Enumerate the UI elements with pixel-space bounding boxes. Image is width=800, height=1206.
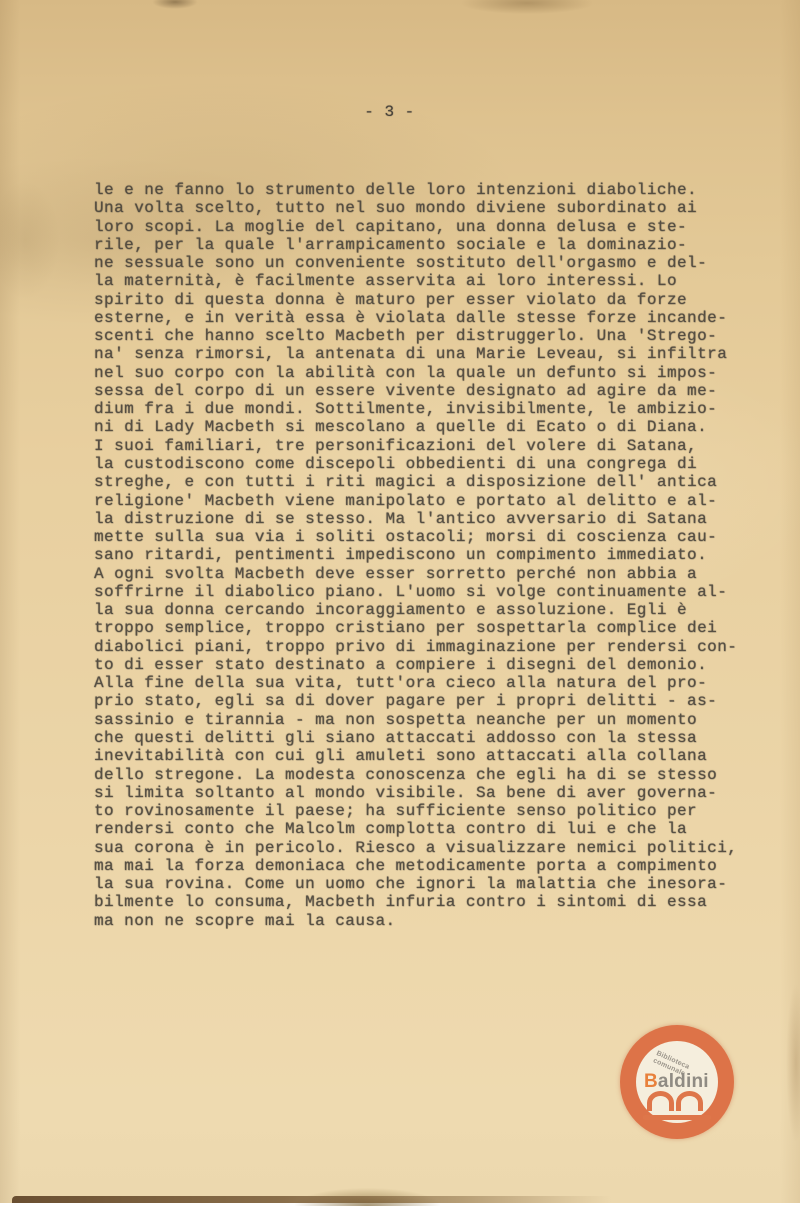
text-line: sassinio e tirannia - ma non sospetta ne… [94, 711, 754, 729]
page-number: - 3 - [0, 103, 779, 121]
text-line: dello stregone. La modesta conoscenza ch… [94, 766, 754, 784]
text-line: ne sessuale sono un conveniente sostitut… [94, 254, 754, 272]
text-line: sano ritardi, pentimenti impediscono un … [94, 546, 754, 564]
text-line: to rovinosamente il paese; ha sufficient… [94, 802, 754, 820]
text-line: A ogni svolta Macbeth deve esser sorrett… [94, 565, 754, 583]
text-line: I suoi familiari, tre personificazioni d… [94, 437, 754, 455]
scanned-page: - 3 - le e ne fanno lo strumento delle l… [0, 0, 800, 1203]
text-line: esterne, e in verità essa è violata dall… [94, 309, 754, 327]
text-line: loro scopi. La moglie del capitano, una … [94, 218, 754, 236]
text-line: Alla fine della sua vita, tutt'ora cieco… [94, 674, 754, 692]
stamp-name-rest: aldini [658, 1071, 709, 1092]
paper-stain [0, 180, 60, 300]
text-line: ma mai la forza demoniaca che metodicame… [94, 857, 754, 875]
text-line: la sua rovina. Come un uomo che ignori l… [94, 875, 754, 893]
text-line: ni di Lady Macbeth si mescolano a quelle… [94, 418, 754, 436]
paper-stain [786, 983, 800, 1143]
text-line: la sua donna cercando incoraggiamento e … [94, 601, 754, 619]
stamp-name-initial: B [644, 1071, 658, 1092]
text-line: religione' Macbeth viene manipolato e po… [94, 492, 754, 510]
typewritten-text: le e ne fanno lo strumento delle loro in… [94, 181, 754, 930]
open-book-icon [647, 1091, 707, 1116]
text-line: bilmente lo consuma, Macbeth infuria con… [94, 893, 754, 911]
stamp-inner-circle: Biblioteca comunale Baldini [636, 1041, 718, 1123]
text-line: troppo semplice, troppo cristiano per so… [94, 619, 754, 637]
text-line: Una volta scelto, tutto nel suo mondo di… [94, 199, 754, 217]
text-line: diabolici piani, troppo privo di immagin… [94, 638, 754, 656]
paper-stain [462, 0, 592, 14]
text-line: spirito di questa donna è maturo per ess… [94, 291, 754, 309]
text-line: si limita soltanto al mondo visibile. Sa… [94, 784, 754, 802]
text-line: streghe, e con tutti i riti magici a dis… [94, 473, 754, 491]
text-line: le e ne fanno lo strumento delle loro in… [94, 181, 754, 199]
text-line: sessa del corpo di un essere vivente des… [94, 382, 754, 400]
text-line: che questi delitti gli siano attaccati a… [94, 729, 754, 747]
book-right-page [676, 1091, 703, 1111]
stamp-name: Baldini [644, 1071, 709, 1093]
text-line: rendersi conto che Malcolm complotta con… [94, 820, 754, 838]
text-line: na' senza rimorsi, la antenata di una Ma… [94, 345, 754, 363]
text-line: sua corona è in pericolo. Riesco a visua… [94, 839, 754, 857]
text-line: rile, per la quale l'arrampicamento soci… [94, 236, 754, 254]
text-line: ma non ne scopre mai la causa. [94, 912, 754, 930]
library-stamp: Biblioteca comunale Baldini [620, 1025, 734, 1139]
text-line: mette sulla sua via i soliti ostacoli; m… [94, 528, 754, 546]
scan-bottom-edge [12, 1196, 612, 1203]
text-line: dium fra i due mondi. Sottilmente, invis… [94, 400, 754, 418]
text-line: soffrirne il diabolico piano. L'uomo si … [94, 583, 754, 601]
paper-stain [152, 0, 198, 9]
text-line: inevitabilità con cui gli amuleti sono a… [94, 747, 754, 765]
text-line: prio stato, egli sa di dover pagare per … [94, 692, 754, 710]
text-line: nel suo corpo con la abilità con la qual… [94, 364, 754, 382]
text-line: la custodiscono come discepoli obbedient… [94, 455, 754, 473]
book-left-page [647, 1091, 674, 1111]
text-line: la maternità, è facilmente asservita ai … [94, 272, 754, 290]
book-base [643, 1115, 711, 1120]
text-line: to di esser stato destinato a compiere i… [94, 656, 754, 674]
text-line: la distruzione di se stesso. Ma l'antico… [94, 510, 754, 528]
text-line: scenti che hanno scelto Macbeth per dist… [94, 327, 754, 345]
